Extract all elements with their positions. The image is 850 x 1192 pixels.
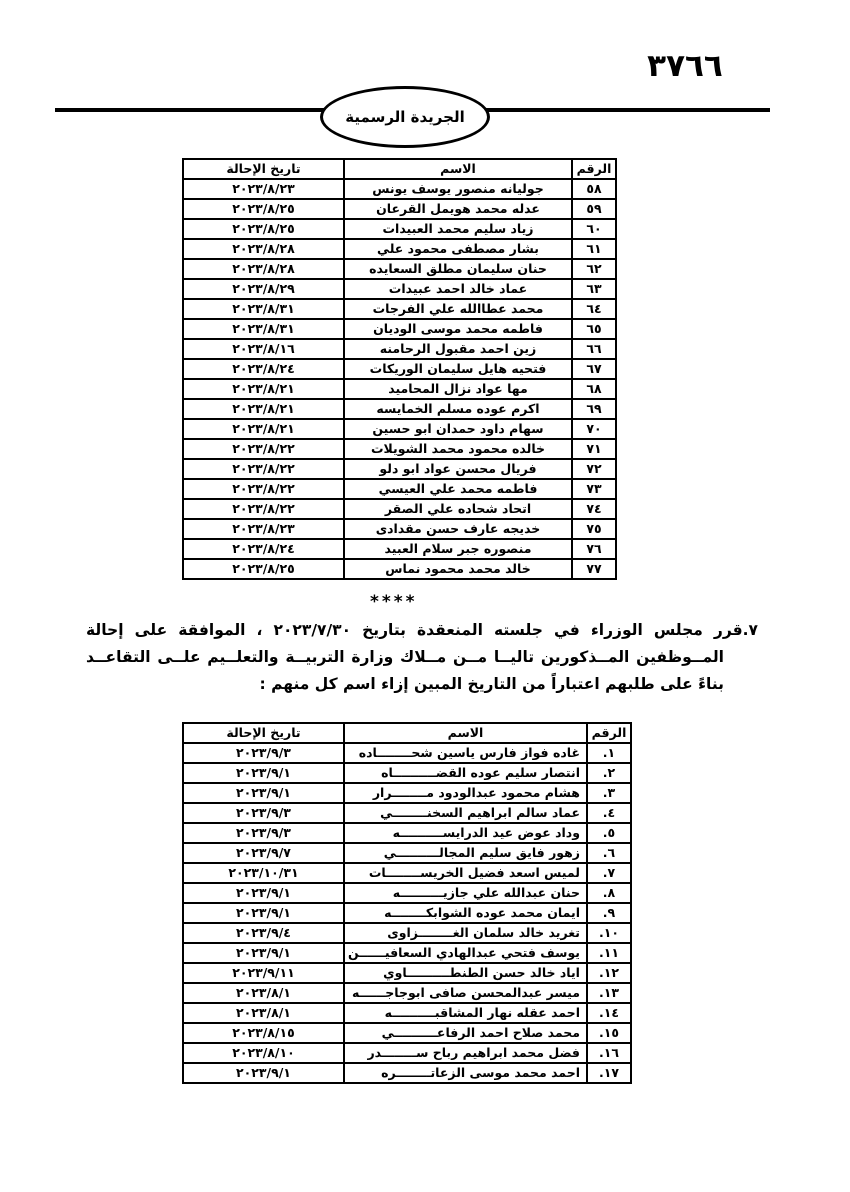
cell-referral-date: ٢٠٢٣/٨/٢٨ bbox=[183, 259, 344, 279]
column-header-name: الاسم bbox=[344, 159, 572, 179]
column-header-date: تاريخ الإحالة bbox=[183, 159, 344, 179]
cell-row-number: ١٥. bbox=[587, 1023, 631, 1043]
cell-employee-name: عدله محمد هويمل القرعان bbox=[344, 199, 572, 219]
cell-employee-name: يوسف فتحي عبدالهادي السعافيــــــن bbox=[344, 943, 587, 963]
cell-referral-date: ٢٠٢٣/٨/٢٥ bbox=[183, 199, 344, 219]
cell-row-number: ٨. bbox=[587, 883, 631, 903]
table-row: ٦٥ فاطمه محمد موسى الوديان ٢٠٢٣/٨/٣١ bbox=[183, 319, 616, 339]
cell-row-number: ١١. bbox=[587, 943, 631, 963]
table-row: ٧٣ فاطمه محمد علي العيسي ٢٠٢٣/٨/٢٢ bbox=[183, 479, 616, 499]
cell-referral-date: ٢٠٢٣/٨/٢٥ bbox=[183, 219, 344, 239]
cell-row-number: ٥٩ bbox=[572, 199, 616, 219]
table-header-row: الرقم الاسم تاريخ الإحالة bbox=[183, 723, 631, 743]
cell-employee-name: اتحاد شحاده علي الصقر bbox=[344, 499, 572, 519]
cell-referral-date: ٢٠٢٣/٩/١ bbox=[183, 883, 344, 903]
cell-employee-name: خديجه عارف حسن مقدادى bbox=[344, 519, 572, 539]
cell-row-number: ١٠. bbox=[587, 923, 631, 943]
cell-row-number: ٧٧ bbox=[572, 559, 616, 579]
table-row: ٧٧ خالد محمد محمود نماس ٢٠٢٣/٨/٢٥ bbox=[183, 559, 616, 579]
cell-referral-date: ٢٠٢٣/٩/١ bbox=[183, 903, 344, 923]
cell-employee-name: هشام محمود عبدالودود مــــــــرار bbox=[344, 783, 587, 803]
table-row: ١١. يوسف فتحي عبدالهادي السعافيــــــن ٢… bbox=[183, 943, 631, 963]
cell-referral-date: ٢٠٢٣/٩/١ bbox=[183, 1063, 344, 1083]
cell-referral-date: ٢٠٢٣/٨/٢٤ bbox=[183, 539, 344, 559]
cell-referral-date: ٢٠٢٣/٨/٢٨ bbox=[183, 239, 344, 259]
table-row: ٣. هشام محمود عبدالودود مــــــــرار ٢٠٢… bbox=[183, 783, 631, 803]
cell-referral-date: ٢٠٢٣/٨/٣١ bbox=[183, 299, 344, 319]
cell-referral-date: ٢٠٢٣/١٠/٣١ bbox=[183, 863, 344, 883]
table-row: ١. غاده فواز فارس ياسين شحــــــــاده ٢٠… bbox=[183, 743, 631, 763]
cell-row-number: ٦٧ bbox=[572, 359, 616, 379]
table-row: ٦. زهور فايق سليم المجالــــــــــي ٢٠٢٣… bbox=[183, 843, 631, 863]
table-row: ٧١ خالده محمود محمد الشويلات ٢٠٢٣/٨/٢٢ bbox=[183, 439, 616, 459]
cell-employee-name: بشار مصطفى محمود علي bbox=[344, 239, 572, 259]
cell-row-number: ٦. bbox=[587, 843, 631, 863]
cell-employee-name: سهام داود حمدان ابو حسين bbox=[344, 419, 572, 439]
cell-referral-date: ٢٠٢٣/٨/٢٥ bbox=[183, 559, 344, 579]
cell-employee-name: مها عواد نزال المحاميد bbox=[344, 379, 572, 399]
cell-row-number: ٧. bbox=[587, 863, 631, 883]
cell-referral-date: ٢٠٢٣/٨/١ bbox=[183, 983, 344, 1003]
decree-line-1: ٧.قرر مجلس الوزراء في جلسته المنعقدة بتا… bbox=[86, 617, 758, 644]
cell-referral-date: ٢٠٢٣/٩/٧ bbox=[183, 843, 344, 863]
cell-employee-name: زين احمد مقبول الرحامنه bbox=[344, 339, 572, 359]
cell-row-number: ٦١ bbox=[572, 239, 616, 259]
cell-row-number: ١. bbox=[587, 743, 631, 763]
cell-employee-name: فاطمه محمد موسى الوديان bbox=[344, 319, 572, 339]
table-row: ٧٢ فريال محسن عواد ابو دلو ٢٠٢٣/٨/٢٢ bbox=[183, 459, 616, 479]
cell-referral-date: ٢٠٢٣/٨/٣١ bbox=[183, 319, 344, 339]
table-row: ٦٣ عماد خالد احمد عبيدات ٢٠٢٣/٨/٢٩ bbox=[183, 279, 616, 299]
cell-row-number: ٢. bbox=[587, 763, 631, 783]
column-header-number: الرقم bbox=[587, 723, 631, 743]
cell-referral-date: ٢٠٢٣/٨/١ bbox=[183, 1003, 344, 1023]
cell-row-number: ٥. bbox=[587, 823, 631, 843]
cell-row-number: ١٦. bbox=[587, 1043, 631, 1063]
gazette-title: الجريدة الرسمية bbox=[345, 108, 464, 126]
cell-row-number: ٦٣ bbox=[572, 279, 616, 299]
table-row: ١٣. ميسر عبدالمحسن صافى ابوجاجــــــه ٢٠… bbox=[183, 983, 631, 1003]
cell-referral-date: ٢٠٢٣/٨/٢٢ bbox=[183, 439, 344, 459]
cell-row-number: ٦٦ bbox=[572, 339, 616, 359]
cell-row-number: ١٢. bbox=[587, 963, 631, 983]
table-row: ٢. انتصار سليم عوده القضــــــــــاه ٢٠٢… bbox=[183, 763, 631, 783]
cell-employee-name: اياد خالد حسن الطنطــــــــــاوي bbox=[344, 963, 587, 983]
retirees-table-second: الرقم الاسم تاريخ الإحالة ١. غاده فواز ف… bbox=[182, 722, 632, 1084]
gazette-oval: الجريدة الرسمية bbox=[320, 86, 490, 148]
cell-employee-name: وداد عوض عيد الدرايســــــــــه bbox=[344, 823, 587, 843]
retirees-table-first: الرقم الاسم تاريخ الإحالة ٥٨ جوليانه منص… bbox=[182, 158, 617, 580]
cell-employee-name: عماد سالم ابراهيم السخنــــــــي bbox=[344, 803, 587, 823]
table-header-row: الرقم الاسم تاريخ الإحالة bbox=[183, 159, 616, 179]
cell-employee-name: منصوره جبر سلام العبيد bbox=[344, 539, 572, 559]
cell-employee-name: زياد سليم محمد العبيدات bbox=[344, 219, 572, 239]
cell-employee-name: محمد صلاح احمد الرفاعــــــــــي bbox=[344, 1023, 587, 1043]
cell-row-number: ٦٠ bbox=[572, 219, 616, 239]
cell-row-number: ٧٤ bbox=[572, 499, 616, 519]
cell-employee-name: احمد محمد موسى الزعاتــــــــره bbox=[344, 1063, 587, 1083]
table-row: ٦٤ محمد عطاالله علي الفرجات ٢٠٢٣/٨/٣١ bbox=[183, 299, 616, 319]
cell-row-number: ٧٠ bbox=[572, 419, 616, 439]
column-header-name: الاسم bbox=[344, 723, 587, 743]
decree-line-2: المــوظفين المــذكورين تاليــا مــن مــل… bbox=[86, 644, 724, 671]
cell-employee-name: محمد عطاالله علي الفرجات bbox=[344, 299, 572, 319]
table-row: ٦٢ حنان سليمان مطلق السعايده ٢٠٢٣/٨/٢٨ bbox=[183, 259, 616, 279]
table-row: ٤. عماد سالم ابراهيم السخنــــــــي ٢٠٢٣… bbox=[183, 803, 631, 823]
table-row: ٦٠ زياد سليم محمد العبيدات ٢٠٢٣/٨/٢٥ bbox=[183, 219, 616, 239]
cell-employee-name: ميسر عبدالمحسن صافى ابوجاجــــــه bbox=[344, 983, 587, 1003]
table-row: ٩. ايمان محمد عوده الشوابكــــــــه ٢٠٢٣… bbox=[183, 903, 631, 923]
table-row: ٧٠ سهام داود حمدان ابو حسين ٢٠٢٣/٨/٢١ bbox=[183, 419, 616, 439]
cell-employee-name: زهور فايق سليم المجالــــــــــي bbox=[344, 843, 587, 863]
cell-row-number: ١٤. bbox=[587, 1003, 631, 1023]
table-row: ٥٨ جوليانه منصور يوسف يونس ٢٠٢٣/٨/٢٣ bbox=[183, 179, 616, 199]
cell-referral-date: ٢٠٢٣/٨/٢٢ bbox=[183, 459, 344, 479]
cell-employee-name: ايمان محمد عوده الشوابكــــــــه bbox=[344, 903, 587, 923]
cell-referral-date: ٢٠٢٣/٨/٢٢ bbox=[183, 479, 344, 499]
table-row: ٦٦ زين احمد مقبول الرحامنه ٢٠٢٣/٨/١٦ bbox=[183, 339, 616, 359]
cell-row-number: ٤. bbox=[587, 803, 631, 823]
cell-employee-name: خالد محمد محمود نماس bbox=[344, 559, 572, 579]
cell-employee-name: غاده فواز فارس ياسين شحــــــــاده bbox=[344, 743, 587, 763]
cell-row-number: ٦٤ bbox=[572, 299, 616, 319]
table-row: ٦١ بشار مصطفى محمود علي ٢٠٢٣/٨/٢٨ bbox=[183, 239, 616, 259]
cell-row-number: ١٣. bbox=[587, 983, 631, 1003]
cell-row-number: ٣. bbox=[587, 783, 631, 803]
cell-referral-date: ٢٠٢٣/٩/٣ bbox=[183, 743, 344, 763]
decree-paragraph: ٧.قرر مجلس الوزراء في جلسته المنعقدة بتا… bbox=[86, 617, 758, 698]
table-row: ١٥. محمد صلاح احمد الرفاعــــــــــي ٢٠٢… bbox=[183, 1023, 631, 1043]
table-row: ٨. حنان عبدالله علي جازيــــــــــه ٢٠٢٣… bbox=[183, 883, 631, 903]
cell-employee-name: حنان عبدالله علي جازيــــــــــه bbox=[344, 883, 587, 903]
table-row: ٦٧ فتحيه هايل سليمان الوريكات ٢٠٢٣/٨/٢٤ bbox=[183, 359, 616, 379]
cell-row-number: ٧٥ bbox=[572, 519, 616, 539]
cell-referral-date: ٢٠٢٣/٩/١ bbox=[183, 763, 344, 783]
cell-row-number: ٧٢ bbox=[572, 459, 616, 479]
cell-row-number: ٦٩ bbox=[572, 399, 616, 419]
cell-row-number: ١٧. bbox=[587, 1063, 631, 1083]
cell-referral-date: ٢٠٢٣/٨/٢٣ bbox=[183, 179, 344, 199]
gazette-page: { "colors": {"ink": "#000000", "paper": … bbox=[0, 0, 850, 1192]
table-row: ٦٨ مها عواد نزال المحاميد ٢٠٢٣/٨/٢١ bbox=[183, 379, 616, 399]
cell-employee-name: احمد عقله نهار المشاقبــــــــــه bbox=[344, 1003, 587, 1023]
table-row: ٥٩ عدله محمد هويمل القرعان ٢٠٢٣/٨/٢٥ bbox=[183, 199, 616, 219]
cell-referral-date: ٢٠٢٣/٩/٣ bbox=[183, 803, 344, 823]
column-header-date: تاريخ الإحالة bbox=[183, 723, 344, 743]
cell-row-number: ٥٨ bbox=[572, 179, 616, 199]
cell-referral-date: ٢٠٢٣/٨/٢٢ bbox=[183, 499, 344, 519]
table-row: ٦٩ اكرم عوده مسلم الخمايسه ٢٠٢٣/٨/٢١ bbox=[183, 399, 616, 419]
table-row: ١٤. احمد عقله نهار المشاقبــــــــــه ٢٠… bbox=[183, 1003, 631, 1023]
cell-referral-date: ٢٠٢٣/٩/١١ bbox=[183, 963, 344, 983]
cell-referral-date: ٢٠٢٣/٨/٢٩ bbox=[183, 279, 344, 299]
cell-row-number: ٩. bbox=[587, 903, 631, 923]
cell-referral-date: ٢٠٢٣/٩/٣ bbox=[183, 823, 344, 843]
cell-referral-date: ٢٠٢٣/٨/٢١ bbox=[183, 419, 344, 439]
page-number: ٣٧٦٦ bbox=[630, 48, 740, 84]
cell-row-number: ٧٣ bbox=[572, 479, 616, 499]
section-separator: **** bbox=[370, 592, 418, 612]
table-row: ٧٥ خديجه عارف حسن مقدادى ٢٠٢٣/٨/٢٣ bbox=[183, 519, 616, 539]
column-header-number: الرقم bbox=[572, 159, 616, 179]
cell-referral-date: ٢٠٢٣/٨/٢١ bbox=[183, 399, 344, 419]
cell-employee-name: فاطمه محمد علي العيسي bbox=[344, 479, 572, 499]
cell-referral-date: ٢٠٢٣/٩/١ bbox=[183, 943, 344, 963]
table-row: ١٢. اياد خالد حسن الطنطــــــــــاوي ٢٠٢… bbox=[183, 963, 631, 983]
cell-employee-name: انتصار سليم عوده القضــــــــــاه bbox=[344, 763, 587, 783]
cell-referral-date: ٢٠٢٣/٨/١٥ bbox=[183, 1023, 344, 1043]
cell-employee-name: فضل محمد ابراهيم رباح ســــــــدر bbox=[344, 1043, 587, 1063]
table-row: ٧٤ اتحاد شحاده علي الصقر ٢٠٢٣/٨/٢٢ bbox=[183, 499, 616, 519]
cell-referral-date: ٢٠٢٣/٩/١ bbox=[183, 783, 344, 803]
cell-employee-name: عماد خالد احمد عبيدات bbox=[344, 279, 572, 299]
cell-employee-name: تغريد خالد سلمان الغــــــــزاوى bbox=[344, 923, 587, 943]
cell-employee-name: اكرم عوده مسلم الخمايسه bbox=[344, 399, 572, 419]
table-row: ٧. لميس اسعد فضيل الخريســــــــات ٢٠٢٣/… bbox=[183, 863, 631, 883]
table-row: ١٦. فضل محمد ابراهيم رباح ســــــــدر ٢٠… bbox=[183, 1043, 631, 1063]
cell-employee-name: لميس اسعد فضيل الخريســــــــات bbox=[344, 863, 587, 883]
cell-row-number: ٧٦ bbox=[572, 539, 616, 559]
cell-referral-date: ٢٠٢٣/٨/١٦ bbox=[183, 339, 344, 359]
cell-employee-name: خالده محمود محمد الشويلات bbox=[344, 439, 572, 459]
cell-employee-name: حنان سليمان مطلق السعايده bbox=[344, 259, 572, 279]
cell-row-number: ٧١ bbox=[572, 439, 616, 459]
cell-employee-name: فريال محسن عواد ابو دلو bbox=[344, 459, 572, 479]
cell-referral-date: ٢٠٢٣/٩/٤ bbox=[183, 923, 344, 943]
cell-referral-date: ٢٠٢٣/٨/١٠ bbox=[183, 1043, 344, 1063]
cell-referral-date: ٢٠٢٣/٨/٢٤ bbox=[183, 359, 344, 379]
cell-referral-date: ٢٠٢٣/٨/٢١ bbox=[183, 379, 344, 399]
table-row: ١٧. احمد محمد موسى الزعاتــــــــره ٢٠٢٣… bbox=[183, 1063, 631, 1083]
cell-referral-date: ٢٠٢٣/٨/٢٣ bbox=[183, 519, 344, 539]
cell-row-number: ٦٨ bbox=[572, 379, 616, 399]
table-row: ٥. وداد عوض عيد الدرايســــــــــه ٢٠٢٣/… bbox=[183, 823, 631, 843]
table-row: ١٠. تغريد خالد سلمان الغــــــــزاوى ٢٠٢… bbox=[183, 923, 631, 943]
cell-row-number: ٦٢ bbox=[572, 259, 616, 279]
cell-employee-name: فتحيه هايل سليمان الوريكات bbox=[344, 359, 572, 379]
cell-row-number: ٦٥ bbox=[572, 319, 616, 339]
decree-line-3: بناءً على طلبهم اعتباراً من التاريخ المب… bbox=[86, 671, 724, 698]
table-row: ٧٦ منصوره جبر سلام العبيد ٢٠٢٣/٨/٢٤ bbox=[183, 539, 616, 559]
cell-employee-name: جوليانه منصور يوسف يونس bbox=[344, 179, 572, 199]
